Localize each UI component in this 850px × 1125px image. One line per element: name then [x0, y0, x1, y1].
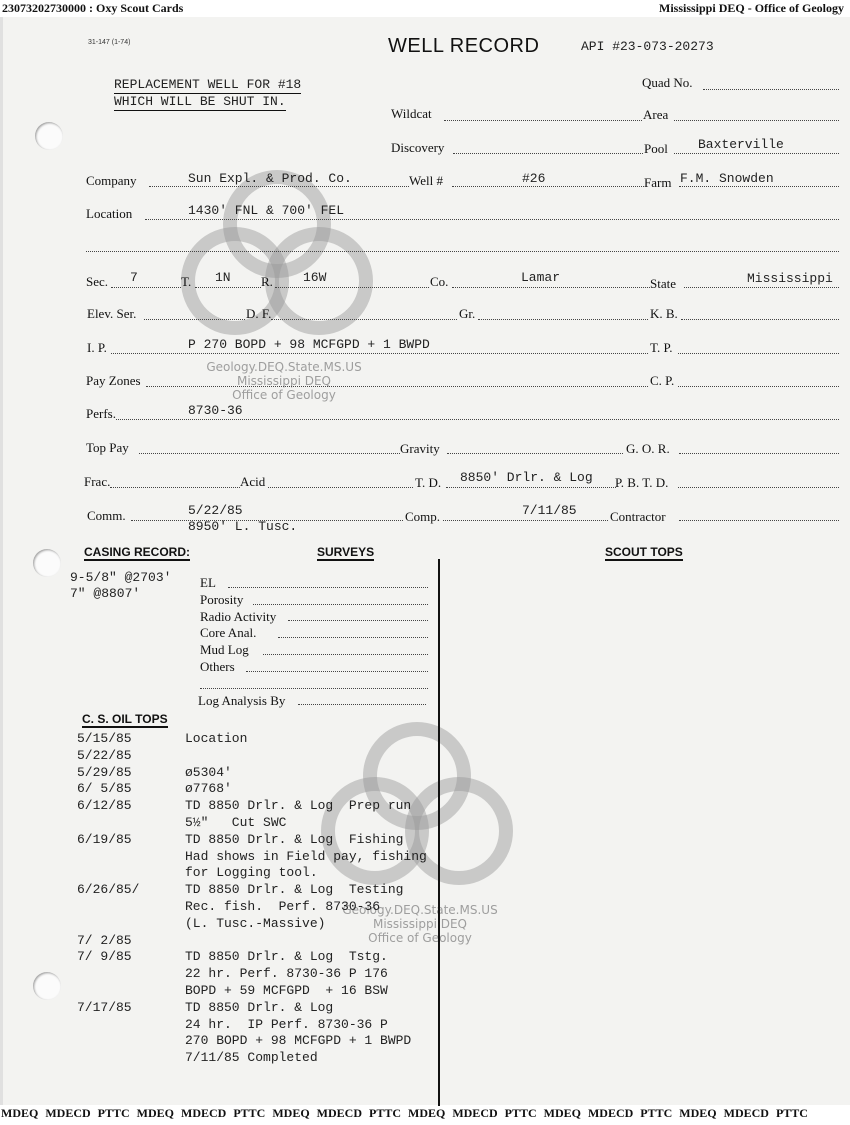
scout-tops-heading: SCOUT TOPS: [605, 545, 683, 561]
log-text: 5½" Cut SWC: [185, 815, 286, 832]
discovery-label: Discovery: [391, 140, 444, 156]
pool-value: Baxterville: [698, 137, 784, 152]
comp-field: [443, 520, 608, 521]
page-title: WELL RECORD: [388, 35, 539, 58]
kb-label: K. B.: [650, 306, 678, 322]
casing-record-heading: CASING RECORD:: [84, 545, 190, 561]
county-label: Co.: [430, 274, 448, 290]
gravity-field: [447, 453, 623, 454]
frac-label: Frac.: [84, 474, 110, 490]
quad-no-label: Quad No.: [642, 75, 693, 91]
log-row: 24 hr. IP Perf. 8730-36 P: [77, 1017, 427, 1034]
cs-oil-tops-log: 5/15/85Location 5/22/85 5/29/85ø5304' 6/…: [77, 731, 427, 1067]
survey-item-core-anal: Core Anal.: [200, 625, 428, 642]
quad-no-field: [703, 89, 839, 90]
farm-field: [679, 186, 839, 187]
county-value: Lamar: [521, 270, 560, 285]
company-field: [149, 186, 409, 187]
gr-label: Gr.: [459, 306, 475, 322]
punch-hole-icon: [33, 972, 61, 1000]
log-text: 7/11/85 Completed: [185, 1050, 318, 1067]
gor-label: G. O. R.: [626, 441, 670, 457]
log-text: Had shows in Field pay, fishing: [185, 849, 427, 866]
contractor-field: [679, 520, 839, 521]
well-no-value: #26: [522, 171, 545, 186]
survey-label: EL: [200, 575, 216, 590]
comm-label: Comm.: [87, 508, 126, 524]
township-label: T.: [181, 274, 191, 290]
top-pay-field: [139, 453, 400, 454]
sec-field: [111, 287, 181, 288]
elev-ser-field: [144, 319, 245, 320]
discovery-field: [453, 153, 643, 154]
punch-hole-icon: [35, 122, 63, 150]
top-pay-label: Top Pay: [86, 440, 129, 456]
well-record-card: Geology.DEQ.State.MS.US Mississippi DEQ …: [0, 17, 850, 1105]
perfs-label: Perfs.: [86, 406, 116, 422]
log-date: 5/22/85: [77, 748, 185, 765]
survey-item-blank: [200, 676, 428, 693]
well-no-label: Well #: [409, 173, 443, 189]
log-text: TD 8850 Drlr. & Log Testing: [185, 882, 403, 899]
location-field: [145, 219, 839, 220]
log-text: 270 BOPD + 98 MCFGPD + 1 BWPD: [185, 1033, 411, 1050]
ip-value: P 270 BOPD + 98 MCFGPD + 1 BWPD: [188, 337, 430, 352]
township-value: 1N: [215, 270, 231, 285]
comp-label: Comp.: [405, 509, 440, 525]
range-value: 16W: [303, 270, 326, 285]
ip-field: [111, 353, 648, 354]
casing-line: 7" @8807': [70, 586, 140, 601]
df-label: D. F.: [246, 306, 271, 322]
df-field: [271, 319, 457, 320]
survey-item-mud-log: Mud Log: [200, 642, 428, 659]
range-label: R.: [261, 274, 273, 290]
td-field: [446, 487, 616, 488]
log-row: 7/ 2/85: [77, 933, 427, 950]
perfs-field: [116, 419, 839, 420]
state-field: [684, 287, 839, 288]
area-label: Area: [643, 107, 668, 123]
elev-ser-label: Elev. Ser.: [87, 306, 136, 322]
log-row: 5½" Cut SWC: [77, 815, 427, 832]
log-date: 5/29/85: [77, 765, 185, 782]
log-text: TD 8850 Drlr. & Log: [185, 1000, 333, 1017]
log-text: ø7768': [185, 781, 232, 798]
area-field: [674, 120, 839, 121]
pbtd-field: [678, 487, 839, 488]
gr-field: [478, 319, 648, 320]
log-row: BOPD + 59 MCFGPD + 16 BSW: [77, 983, 427, 1000]
log-date: [77, 849, 185, 866]
farm-value: F.M. Snowden: [680, 171, 774, 186]
log-text: Rec. fish. Perf. 8730-36: [185, 899, 380, 916]
column-divider: [438, 559, 440, 1115]
footer-text: MDEQ MDECD PTTC MDEQ MDECD PTTC MDEQ MDE…: [1, 1106, 808, 1120]
log-text: BOPD + 59 MCFGPD + 16 BSW: [185, 983, 388, 1000]
punch-hole-icon: [33, 549, 61, 577]
survey-item-el: EL: [200, 575, 428, 592]
note-line-1: REPLACEMENT WELL FOR #18: [114, 77, 301, 94]
td-value: 8850' Drlr. & Log: [460, 470, 593, 485]
log-date: 6/26/85/: [77, 882, 185, 899]
log-row: 6/19/85TD 8850 Drlr. & Log Fishing: [77, 832, 427, 849]
pool-label: Pool: [644, 141, 668, 157]
log-row: 5/22/85: [77, 748, 427, 765]
state-value: Mississippi: [747, 271, 833, 286]
sec-label: Sec.: [86, 274, 108, 290]
log-text: (L. Tusc.-Massive): [185, 916, 325, 933]
log-date: [77, 865, 185, 882]
farm-label: Farm: [644, 175, 671, 191]
watermark-line3: Office of Geology: [189, 388, 379, 402]
company-value: Sun Expl. & Prod. Co.: [188, 171, 352, 186]
td-label: T. D.: [415, 475, 441, 491]
log-date: 6/ 5/85: [77, 781, 185, 798]
log-text: ø5304': [185, 765, 232, 782]
footer-bar: MDEQ MDECD PTTC MDEQ MDECD PTTC MDEQ MDE…: [0, 1106, 850, 1125]
contractor-label: Contractor: [610, 509, 666, 525]
log-date: [77, 1050, 185, 1067]
cp-label: C. P.: [650, 373, 674, 389]
sec-value: 7: [130, 270, 138, 285]
log-date: [77, 899, 185, 916]
note-line-2: WHICH WILL BE SHUT IN.: [114, 94, 286, 111]
log-date: 6/19/85: [77, 832, 185, 849]
survey-label: Core Anal.: [200, 625, 256, 640]
survey-item-others: Others: [200, 659, 428, 676]
acid-label: Acid: [240, 474, 265, 490]
log-row: 6/ 5/85ø7768': [77, 781, 427, 798]
surveys-list: EL Porosity Radio Activity Core Anal. Mu…: [200, 575, 428, 709]
log-row: 7/17/85TD 8850 Drlr. & Log: [77, 1000, 427, 1017]
survey-label: Mud Log: [200, 642, 249, 657]
log-date: 5/15/85: [77, 731, 185, 748]
log-row: 7/ 9/85TD 8850 Drlr. & Log Tstg.: [77, 949, 427, 966]
ip-label: I. P.: [87, 340, 107, 356]
log-date: [77, 1017, 185, 1034]
township-field: [195, 287, 261, 288]
form-number: 31-147 (1-74): [88, 39, 130, 46]
survey-item-radio-activity: Radio Activity: [200, 609, 428, 626]
log-text: Location: [185, 731, 247, 748]
casing-line: 9-5/8" @2703': [70, 570, 171, 585]
log-text: TD 8850 Drlr. & Log Tstg.: [185, 949, 388, 966]
log-row: Rec. fish. Perf. 8730-36: [77, 899, 427, 916]
log-text: TD 8850 Drlr. & Log Prep run: [185, 798, 411, 815]
tp-label: T. P.: [650, 340, 673, 356]
log-date: [77, 983, 185, 1000]
log-date: 7/ 9/85: [77, 949, 185, 966]
agency-title: Mississippi DEQ - Office of Geology: [659, 1, 844, 16]
surveys-heading: SURVEYS: [317, 545, 374, 561]
log-date: 7/ 2/85: [77, 933, 185, 950]
cs-oil-tops-heading: C. S. OIL TOPS: [82, 712, 168, 728]
log-text: TD 8850 Drlr. & Log Fishing: [185, 832, 403, 849]
wildcat-label: Wildcat: [391, 106, 432, 122]
log-date: 7/17/85: [77, 1000, 185, 1017]
survey-item-log-analysis-by: Log Analysis By: [198, 693, 426, 710]
comp-value: 7/11/85: [522, 503, 577, 518]
company-label: Company: [86, 173, 137, 189]
watermark-text: Geology.DEQ.State.MS.US Mississippi DEQ …: [189, 360, 379, 402]
log-row: 5/15/85Location: [77, 731, 427, 748]
location-value: 1430' FNL & 700' FEL: [188, 203, 344, 218]
survey-item-porosity: Porosity: [200, 592, 428, 609]
watermark-line1: Geology.DEQ.State.MS.US: [189, 360, 379, 374]
log-row: 6/12/85TD 8850 Drlr. & Log Prep run: [77, 798, 427, 815]
log-row: (L. Tusc.-Massive): [77, 916, 427, 933]
county-field: [452, 287, 650, 288]
acid-field: [268, 487, 413, 488]
log-row: for Logging tool.: [77, 865, 427, 882]
comm-value-2: 8950' L. Tusc.: [188, 519, 297, 534]
cp-field: [678, 386, 839, 387]
log-row: 7/11/85 Completed: [77, 1050, 427, 1067]
log-date: [77, 815, 185, 832]
survey-label: Log Analysis By: [198, 693, 285, 708]
log-row: 22 hr. Perf. 8730-36 P 176: [77, 966, 427, 983]
log-date: [77, 916, 185, 933]
well-no-field: [452, 186, 644, 187]
pool-field: [674, 153, 839, 154]
wildcat-field: [444, 120, 642, 121]
comm-value: 5/22/85: [188, 503, 243, 518]
log-date: 6/12/85: [77, 798, 185, 815]
log-text: 24 hr. IP Perf. 8730-36 P: [185, 1017, 388, 1034]
header-bar: 23073202730000 : Oxy Scout Cards Mississ…: [0, 0, 850, 17]
state-label: State: [650, 276, 676, 292]
survey-label: Porosity: [200, 592, 243, 607]
location-field-line2: [86, 251, 839, 252]
perfs-value: 8730-36: [188, 403, 243, 418]
gor-field: [679, 453, 839, 454]
api-number: API #23-073-20273: [581, 39, 714, 54]
kb-field: [681, 319, 839, 320]
range-field: [275, 287, 429, 288]
location-label: Location: [86, 206, 132, 222]
pbtd-label: P. B. T. D.: [615, 475, 668, 491]
gravity-label: Gravity: [400, 441, 440, 457]
log-date: [77, 1033, 185, 1050]
log-row: 270 BOPD + 98 MCFGPD + 1 BWPD: [77, 1033, 427, 1050]
document-id-title: 23073202730000 : Oxy Scout Cards: [2, 1, 183, 16]
pay-zones-label: Pay Zones: [86, 373, 141, 389]
tp-field: [678, 353, 839, 354]
log-text: 22 hr. Perf. 8730-36 P 176: [185, 966, 388, 983]
log-date: [77, 966, 185, 983]
log-row: 5/29/85ø5304': [77, 765, 427, 782]
log-row: 6/26/85/TD 8850 Drlr. & Log Testing: [77, 882, 427, 899]
survey-label: Radio Activity: [200, 609, 276, 624]
log-text: for Logging tool.: [185, 865, 318, 882]
pay-zones-field: [146, 386, 648, 387]
survey-label: Others: [200, 659, 235, 674]
log-row: Had shows in Field pay, fishing: [77, 849, 427, 866]
frac-field: [110, 487, 240, 488]
